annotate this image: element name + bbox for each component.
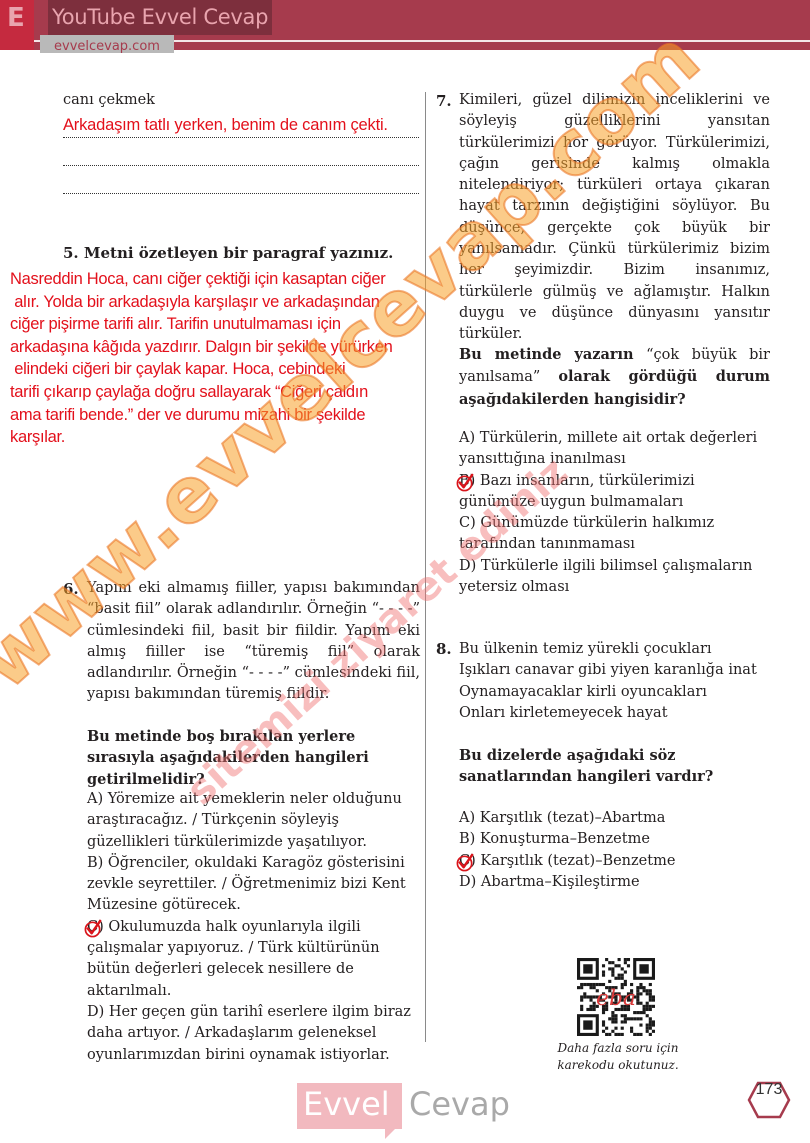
site-url[interactable]: evvelcevap.com bbox=[40, 35, 174, 53]
question-6-text: Yapım eki almamış fiiller, yapısı bakımı… bbox=[87, 578, 420, 706]
option-b[interactable]: B) Öğrenciler, okuldaki Karagöz gösteris… bbox=[87, 853, 417, 917]
channel-title-text: YouTube Evvel Cevap bbox=[52, 5, 268, 29]
option-text: Türkülerle ilgili bilimsel çalışmaların … bbox=[459, 558, 752, 595]
answer-line bbox=[63, 193, 419, 194]
option-letter: B) bbox=[459, 831, 480, 847]
option-text: Türkülerin, millete ait ortak değerleri … bbox=[459, 430, 757, 467]
option-c[interactable]: C) Günümüzde türkülerin halkımız tarafın… bbox=[459, 513, 770, 556]
answer-line bbox=[63, 165, 419, 166]
logo-letter: E bbox=[7, 3, 25, 33]
option-text: Günümüzde türkülerin halkımız tarafından… bbox=[459, 515, 714, 552]
option-c[interactable]: C) Okulumuzda halk oyunlarıyla ilgili ça… bbox=[87, 917, 417, 1002]
answer-line-text: tarifi çıkarıp çaylağa doğru sallayarak … bbox=[10, 381, 430, 404]
question-8-poem: Bu ülkenin temiz yürekli çocuklarıIşıkla… bbox=[459, 639, 779, 724]
answer-line bbox=[63, 137, 419, 138]
option-text: Öğrenciler, okuldaki Karagöz gösterisini… bbox=[87, 855, 406, 914]
option-d[interactable]: D) Her geçen gün tarihî eserlere ilgim b… bbox=[87, 1002, 417, 1066]
option-letter: D) bbox=[459, 558, 481, 574]
option-text: Bazı insanların, türkülerimizi günümüze … bbox=[459, 473, 695, 510]
question-7-options: A) Türkülerin, millete ait ortak değerle… bbox=[459, 428, 770, 598]
page-number: 173 bbox=[747, 1081, 791, 1119]
site-url-text: evvelcevap.com bbox=[54, 39, 160, 54]
question-5-answer: Nasreddin Hoca, canı ciğer çektiği için … bbox=[10, 268, 430, 449]
top-banner: E YouTube Evvel Cevap evvelcevap.com bbox=[0, 0, 810, 50]
eba-logo-icon: eba bbox=[596, 986, 636, 1011]
correct-answer-check-icon bbox=[84, 919, 103, 938]
correct-answer-check-icon bbox=[456, 473, 475, 492]
page-number-text: 173 bbox=[747, 1081, 791, 1119]
option-letter: D) bbox=[459, 874, 481, 890]
option-d[interactable]: D) Abartma–Kişileştirme bbox=[459, 872, 779, 893]
prompt-part-1: Bu metinde yazarın bbox=[459, 346, 634, 363]
option-text: Abartma–Kişileştirme bbox=[481, 874, 640, 890]
qr-caption-line-2: karekodu okutunuz. bbox=[548, 1057, 688, 1074]
qr-caption: Daha fazla soru için karekodu okutunuz. bbox=[548, 1040, 688, 1074]
poem-line: Işıkları canavar gibi yiyen karanlığa in… bbox=[459, 660, 779, 681]
question-8-options: A) Karşıtlık (tezat)–AbartmaB) Konuşturm… bbox=[459, 808, 779, 893]
answer-line-text: Nasreddin Hoca, canı ciğer çektiği için … bbox=[10, 268, 430, 291]
option-text: Okulumuzda halk oyunlarıyla ilgili çalış… bbox=[87, 919, 380, 999]
question-6-prompt: Bu metinde boş bırakılan yerlere sırasıy… bbox=[87, 726, 420, 790]
option-letter: D) bbox=[87, 1004, 109, 1020]
answer-line-text: elindeki ciğeri bir çaylak kapar. Hoca, … bbox=[10, 358, 430, 381]
idiom-prompt: canı çekmek bbox=[63, 90, 155, 111]
column-divider bbox=[425, 92, 426, 1042]
option-a[interactable]: A) Karşıtlık (tezat)–Abartma bbox=[459, 808, 779, 829]
option-text: Yöremize ait yemeklerin neler olduğunu a… bbox=[87, 791, 402, 850]
poem-line: Bu ülkenin temiz yürekli çocukları bbox=[459, 639, 779, 660]
question-7-text: Kimileri, güzel dilimizin inceliklerini … bbox=[459, 90, 770, 346]
question-7-number: 7. bbox=[436, 92, 452, 110]
idiom-answer: Arkadaşım tatlı yerken, benim de canım ç… bbox=[63, 116, 388, 135]
brand-logo-icon: E bbox=[0, 0, 34, 50]
question-5-label: 5. Metni özetleyen bir paragraf yazınız. bbox=[63, 243, 393, 264]
option-a[interactable]: A) Türkülerin, millete ait ortak değerle… bbox=[459, 428, 770, 471]
option-letter: A) bbox=[87, 791, 108, 807]
question-6-options: A) Yöremize ait yemeklerin neler olduğun… bbox=[87, 789, 417, 1066]
answer-line-text: alır. Yolda bir arkadaşıyla karşılaşır v… bbox=[10, 291, 430, 314]
option-text: Konuşturma–Benzetme bbox=[480, 831, 650, 847]
option-b[interactable]: B) Bazı insanların, türkülerimizi günümü… bbox=[459, 471, 770, 514]
option-letter: C) bbox=[459, 515, 480, 531]
answer-line-text: arkadaşına kâğıda yazdırır. Dalgın bir ş… bbox=[10, 336, 430, 359]
option-text: Her geçen gün tarihî eserlere ilgim bira… bbox=[87, 1004, 411, 1063]
option-text: Karşıtlık (tezat)–Abartma bbox=[480, 810, 666, 826]
poem-line: Onları kirletemeyecek hayat bbox=[459, 703, 779, 724]
option-b[interactable]: B) Konuşturma–Benzetme bbox=[459, 829, 779, 850]
question-6-number: 6. bbox=[63, 580, 79, 598]
poem-line: Oynamayacaklar kirli oyuncakları bbox=[459, 682, 779, 703]
qr-caption-line-1: Daha fazla soru için bbox=[548, 1040, 688, 1057]
option-letter: B) bbox=[87, 855, 108, 871]
answer-line-text: ama tarifi bende.” der ve durumu mizahi … bbox=[10, 404, 430, 427]
option-text: Karşıtlık (tezat)–Benzetme bbox=[480, 853, 675, 869]
option-c[interactable]: C) Karşıtlık (tezat)–Benzetme bbox=[459, 851, 779, 872]
footer-logo-evvel: Evvel bbox=[297, 1083, 402, 1129]
qr-code-icon[interactable]: eba bbox=[577, 958, 655, 1036]
footer-logo-evvel-text: Evvel bbox=[303, 1085, 390, 1123]
correct-answer-check-icon bbox=[456, 853, 475, 872]
question-8-number: 8. bbox=[436, 640, 452, 658]
option-a[interactable]: A) Yöremize ait yemeklerin neler olduğun… bbox=[87, 789, 417, 853]
footer-logo-cevap-text: Cevap bbox=[409, 1085, 510, 1123]
option-letter: A) bbox=[459, 810, 480, 826]
option-d[interactable]: D) Türkülerle ilgili bilimsel çalışmalar… bbox=[459, 556, 770, 599]
channel-title[interactable]: YouTube Evvel Cevap bbox=[48, 0, 272, 35]
question-8-prompt: Bu dizelerde aşağıdaki söz sanatlarından… bbox=[459, 745, 779, 788]
option-letter: A) bbox=[459, 430, 480, 446]
question-7-prompt: Bu metinde yazarın “çok büyük bir yanıls… bbox=[459, 344, 770, 411]
answer-line-text: karşılar. bbox=[10, 426, 430, 449]
answer-line-text: ciğer pişirme tarifi alır. Tarifin unutu… bbox=[10, 313, 430, 336]
